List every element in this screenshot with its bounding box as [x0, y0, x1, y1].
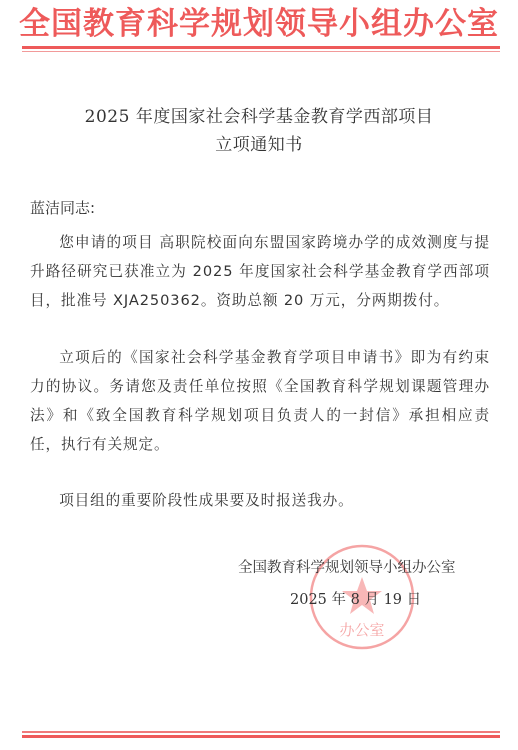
salutation: 蓝洁同志: — [30, 197, 95, 218]
letterhead-title: 全国教育科学规划领导小组办公室 — [0, 4, 518, 44]
footer-rule-thin — [22, 731, 500, 733]
document-title: 2025 年度国家社会科学基金教育学西部项目 — [0, 102, 518, 127]
seal-text: 办公室 — [339, 621, 384, 639]
signature-date: 2025 年 8 月 19 日 — [290, 588, 421, 609]
letterhead-rule-thick — [22, 46, 500, 49]
footer-rule-thick — [22, 735, 500, 738]
paragraph-obligations: 立项后的《国家社会科学基金教育学项目申请书》即为有约束力的协议。务请您及责任单位… — [30, 343, 490, 459]
document-subtitle: 立项通知书 — [0, 130, 518, 155]
paragraph-approval: 您申请的项目 高职院校面向东盟国家跨境办学的成效测度与提升路径研究已获准立为 2… — [30, 228, 490, 315]
paragraph-reporting: 项目组的重要阶段性成果要及时报送我办。 — [30, 486, 490, 515]
signature-organization: 全国教育科学规划领导小组办公室 — [238, 556, 456, 577]
letterhead-rule-thin — [22, 51, 500, 52]
